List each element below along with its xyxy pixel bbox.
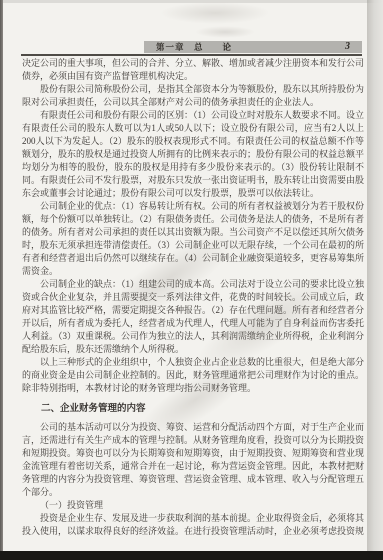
- body-paragraph: 以上三种形式的企业组织中，个人独资企业占企业总数的比重很大，但是绝大部分的商业资…: [22, 356, 364, 395]
- section-heading: 二、企业财务管理的内容: [22, 402, 364, 415]
- chapter-title: 第一章 总 论: [156, 41, 232, 53]
- header-rule: [21, 54, 362, 56]
- bleedthrough-smudge: [195, 26, 255, 38]
- body-paragraph: 决定公司的重大事项，但公司的合并、分立、解散、增加或者减少注册资本和发行公司债券…: [22, 57, 364, 83]
- body-paragraph: 公司的基本活动可以分为投资、筹资、运营和分配活动四个方面，对于生产企业而言，还需…: [22, 421, 364, 499]
- body-paragraph: 公司制企业的优点：（1）容易转让所有权。公司的所有者权益被划分为若干股权份额，每…: [22, 200, 364, 278]
- body-paragraph: 投资是企业生存、发展及进一步获取利润的基本前提。企业取得资金后，必须将其投入使用…: [22, 512, 364, 538]
- scan-edge-bottom: [0, 551, 383, 560]
- body-paragraph: 股份有限公司简称股份公司，是指其全部资本分为等额股份，股东以其所持股份为限对公司…: [22, 83, 364, 109]
- page-body: 决定公司的重大事项，但公司的合并、分立、解散、增加或者减少注册资本和发行公司债券…: [22, 57, 364, 538]
- page-number: 3: [345, 40, 350, 53]
- bleedthrough-smudge: [160, 2, 270, 24]
- scan-edge-left: [0, 0, 3, 560]
- body-paragraph: 公司制企业的缺点：（1）组建公司的成本高。公司法对于设立公司的要求比设立独资或合…: [22, 278, 364, 356]
- scan-edge-top: [0, 0, 383, 3]
- page-shadow-right: [367, 0, 383, 560]
- sub-heading: （一）投资管理: [22, 499, 364, 512]
- page-header-bar: 第一章 总 论 3: [144, 41, 362, 53]
- body-paragraph: 有限责任公司和股份有限公司的区别：（1）公司设立时对股东人数要求不同。设立有限责…: [22, 109, 364, 200]
